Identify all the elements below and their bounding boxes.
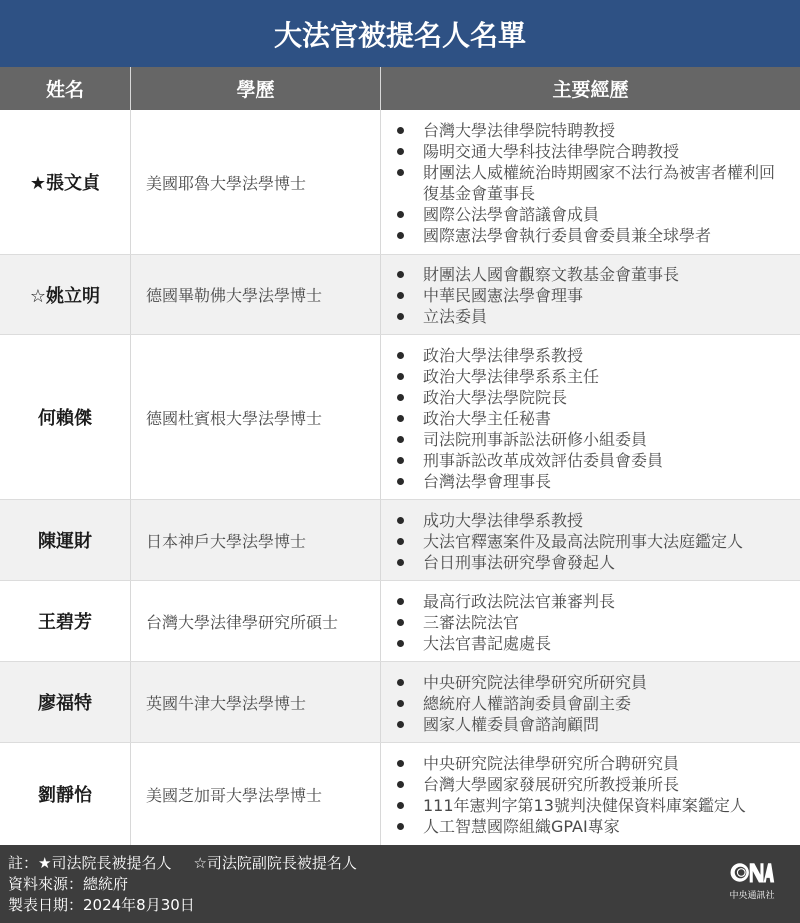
list-item: 立法委員 <box>395 306 800 327</box>
bullet-icon <box>395 633 423 654</box>
list-item: 大法官書記處處長 <box>395 633 800 654</box>
bullet-icon <box>395 264 423 285</box>
bullet-icon <box>395 552 423 573</box>
cna-logo: 中央通訊社 <box>720 861 784 907</box>
column-header-name: 姓名 <box>0 67 131 110</box>
nominee-education: 台灣大學法律學研究所碩士 <box>131 581 381 661</box>
nominee-education: 德國杜賓根大學法學博士 <box>131 335 381 499</box>
bullet-icon <box>395 672 423 693</box>
column-header-education: 學歷 <box>131 67 381 110</box>
cna-logo-icon <box>723 861 781 884</box>
nominee-name: 陳運財 <box>0 500 131 580</box>
bullet-icon <box>395 204 423 225</box>
nominee-table: ★張文貞 美國耶魯大學法學博士 台灣大學法律學院特聘教授 陽明交通大學科技法律學… <box>0 110 800 845</box>
nominee-experience-list: 成功大學法律學系教授 大法官釋憲案件及最高法院刑事大法庭鑑定人 台日刑事法研究學… <box>381 500 800 580</box>
list-item: 司法院刑事訴訟法研修小組委員 <box>395 429 800 450</box>
table-row: ☆姚立明 德國畢勒佛大學法學博士 財團法人國會觀察文教基金會董事長 中華民國憲法… <box>0 255 800 335</box>
bullet-icon <box>395 612 423 633</box>
logo-text: 中央通訊社 <box>729 886 774 907</box>
list-item: 政治大學主任秘書 <box>395 408 800 429</box>
table-row: 何賴傑 德國杜賓根大學法學博士 政治大學法律學系教授 政治大學法律學系系主任 政… <box>0 335 800 500</box>
list-item: 財團法人威權統治時期國家不法行為被害者權利回復基金會董事長 <box>395 162 800 204</box>
bullet-icon <box>395 408 423 429</box>
bullet-icon <box>395 531 423 552</box>
note-hollow-star: ☆司法院副院長被提名人 <box>193 854 356 872</box>
list-item: 國際公法學會諮議會成員 <box>395 204 800 225</box>
nominee-education: 日本神戶大學法學博士 <box>131 500 381 580</box>
table-row: 王碧芳 台灣大學法律學研究所碩士 最高行政法院法官兼審判長 三審法院法官 大法官… <box>0 581 800 662</box>
bullet-icon <box>395 714 423 735</box>
note-label: 註： <box>8 854 38 872</box>
list-item: 三審法院法官 <box>395 612 800 633</box>
nominee-experience-list: 中央研究院法律學研究所合聘研究員 台灣大學國家發展研究所教授兼所長 111年憲判… <box>381 743 800 845</box>
nominee-name: ☆姚立明 <box>0 255 131 334</box>
bullet-icon <box>395 753 423 774</box>
nominee-name: ★張文貞 <box>0 110 131 254</box>
list-item: 最高行政法院法官兼審判長 <box>395 591 800 612</box>
nominee-experience-list: 財團法人國會觀察文教基金會董事長 中華民國憲法學會理事 立法委員 <box>381 255 800 334</box>
bullet-icon <box>395 162 423 204</box>
table-row: 廖福特 英國牛津大學法學博士 中央研究院法律學研究所研究員 總統府人權諮詢委員會… <box>0 662 800 743</box>
bullet-icon <box>395 510 423 531</box>
list-item: 刑事訴訟改革成效評估委員會委員 <box>395 450 800 471</box>
list-item: 政治大學法學院院長 <box>395 387 800 408</box>
nominee-experience-list: 中央研究院法律學研究所研究員 總統府人權諮詢委員會副主委 國家人權委員會諮詢顧問 <box>381 662 800 742</box>
table-row: 陳運財 日本神戶大學法學博士 成功大學法律學系教授 大法官釋憲案件及最高法院刑事… <box>0 500 800 581</box>
nominee-experience-list: 台灣大學法律學院特聘教授 陽明交通大學科技法律學院合聘教授 財團法人威權統治時期… <box>381 110 800 254</box>
table-header: 姓名 學歷 主要經歷 <box>0 67 800 110</box>
list-item: 台灣法學會理事長 <box>395 471 800 492</box>
list-item: 陽明交通大學科技法律學院合聘教授 <box>395 141 800 162</box>
bullet-icon <box>395 450 423 471</box>
nominee-name: 劉靜怡 <box>0 743 131 845</box>
footer: 註：★司法院長被提名人☆司法院副院長被提名人 資料來源：總統府 製表日期：202… <box>0 845 800 923</box>
table-row: ★張文貞 美國耶魯大學法學博士 台灣大學法律學院特聘教授 陽明交通大學科技法律學… <box>0 110 800 255</box>
bullet-icon <box>395 591 423 612</box>
list-item: 人工智慧國際組織GPAI專家 <box>395 816 800 837</box>
bullet-icon <box>395 345 423 366</box>
list-item: 國家人權委員會諮詢顧問 <box>395 714 800 735</box>
bullet-icon <box>395 816 423 837</box>
nominee-name: 何賴傑 <box>0 335 131 499</box>
list-item: 台灣大學法律學院特聘教授 <box>395 120 800 141</box>
bullet-icon <box>395 774 423 795</box>
bullet-icon <box>395 306 423 327</box>
list-item: 台日刑事法研究學會發起人 <box>395 552 800 573</box>
bullet-icon <box>395 141 423 162</box>
nominee-education: 德國畢勒佛大學法學博士 <box>131 255 381 334</box>
nominee-education: 英國牛津大學法學博士 <box>131 662 381 742</box>
list-item: 政治大學法律學系系主任 <box>395 366 800 387</box>
bullet-icon <box>395 120 423 141</box>
footer-source: 資料來源：總統府 <box>8 874 800 895</box>
list-item: 政治大學法律學系教授 <box>395 345 800 366</box>
page-title: 大法官被提名人名單 <box>274 14 526 54</box>
footer-note: 註：★司法院長被提名人☆司法院副院長被提名人 <box>8 853 800 874</box>
bullet-icon <box>395 429 423 450</box>
bullet-icon <box>395 285 423 306</box>
column-header-experience: 主要經歷 <box>381 67 800 110</box>
list-item: 111年憲判字第13號判決健保資料庫案鑑定人 <box>395 795 800 816</box>
list-item: 國際憲法學會執行委員會委員兼全球學者 <box>395 225 800 246</box>
table-row: 劉靜怡 美國芝加哥大學法學博士 中央研究院法律學研究所合聘研究員 台灣大學國家發… <box>0 743 800 845</box>
bullet-icon <box>395 387 423 408</box>
bullet-icon <box>395 795 423 816</box>
nominee-experience-list: 政治大學法律學系教授 政治大學法律學系系主任 政治大學法學院院長 政治大學主任秘… <box>381 335 800 499</box>
list-item: 中央研究院法律學研究所研究員 <box>395 672 800 693</box>
list-item: 成功大學法律學系教授 <box>395 510 800 531</box>
nominee-experience-list: 最高行政法院法官兼審判長 三審法院法官 大法官書記處處長 <box>381 581 800 661</box>
nominee-education: 美國芝加哥大學法學博士 <box>131 743 381 845</box>
footer-date: 製表日期：2024年8月30日 <box>8 895 800 916</box>
bullet-icon <box>395 471 423 492</box>
list-item: 大法官釋憲案件及最高法院刑事大法庭鑑定人 <box>395 531 800 552</box>
note-star: ★司法院長被提名人 <box>38 854 171 872</box>
bullet-icon <box>395 366 423 387</box>
list-item: 財團法人國會觀察文教基金會董事長 <box>395 264 800 285</box>
list-item: 台灣大學國家發展研究所教授兼所長 <box>395 774 800 795</box>
list-item: 總統府人權諮詢委員會副主委 <box>395 693 800 714</box>
list-item: 中央研究院法律學研究所合聘研究員 <box>395 753 800 774</box>
bullet-icon <box>395 693 423 714</box>
bullet-icon <box>395 225 423 246</box>
nominee-name: 王碧芳 <box>0 581 131 661</box>
page-title-bar: 大法官被提名人名單 <box>0 0 800 67</box>
list-item: 中華民國憲法學會理事 <box>395 285 800 306</box>
nominee-name: 廖福特 <box>0 662 131 742</box>
nominee-education: 美國耶魯大學法學博士 <box>131 110 381 254</box>
